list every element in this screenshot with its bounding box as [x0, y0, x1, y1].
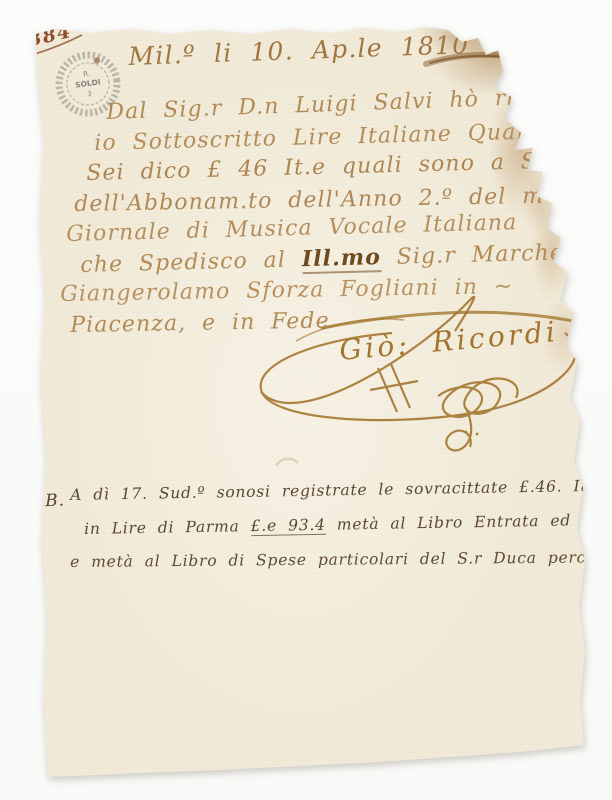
svg-text:3: 3 — [87, 90, 93, 99]
archive-number: 384 — [26, 20, 74, 51]
svg-text:SOLDI: SOLDI — [75, 77, 102, 90]
receipt-line: Dal Sig.r D.n Luigi Salvi hò ricevu — [106, 84, 571, 125]
note-line-segment: metà al Libro Entrata ed Uscita — [326, 510, 612, 533]
paper-shadow-wrap: 384 Mil.º li 10. Ap.le 1810 Dal Sig.r D.… — [0, 0, 612, 800]
ink-flourish-overlay: R. SOLDI 3 — [0, 0, 612, 800]
date-line: Mil.º li 10. Ap.le 1810 — [128, 30, 470, 71]
nota-bene-label: N.B. — [24, 491, 65, 512]
note-line: in Lire di Parma £.e 93.4 metà al Libro … — [84, 510, 612, 538]
svg-text:R.: R. — [83, 70, 91, 79]
photograph-background: 384 Mil.º li 10. Ap.le 1810 Dal Sig.r D.… — [0, 0, 612, 800]
note-line: e metà al Libro di Spese particolari del… — [70, 548, 612, 571]
manuscript-sheet: 384 Mil.º li 10. Ap.le 1810 Dal Sig.r D.… — [0, 0, 612, 800]
receipt-line: Piacenza, e in Fede — [70, 308, 330, 338]
bleed-through-smudge — [276, 459, 298, 466]
receipt-line-segment: Sig.r Marchese — [381, 240, 591, 270]
note-line: A dì 17. Sud.º sonosi registrate le sovr… — [70, 476, 612, 504]
note-line-segment: in Lire di Parma — [84, 517, 251, 538]
receipt-line: Giangerolamo Sforza Fogliani in ~ — [60, 274, 514, 307]
corrected-word: Ill.mo — [301, 244, 381, 274]
receipt-line-segment: che Spedisco al — [80, 247, 302, 278]
underlined-amount: £.e 93.4 — [251, 516, 326, 536]
signature-giovanni-ricordi: Giò: Ricordi — [338, 315, 560, 367]
